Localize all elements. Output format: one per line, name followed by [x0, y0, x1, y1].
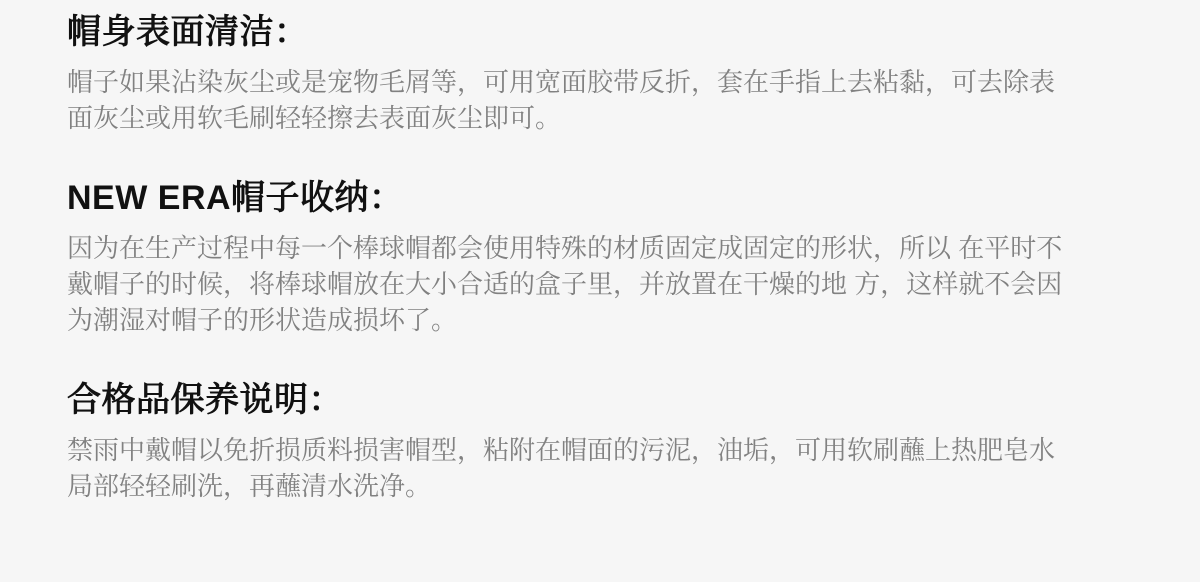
section-body-text: 因为在生产过程中每一个棒球帽都会使用特殊的材质固定成固定的形状，所以 在平时不 …	[67, 230, 1130, 338]
section-maintenance-notes: 合格品保养说明： 禁雨中戴帽以免折损质料损害帽型，粘附在帽面的污泥，油垢，可用软…	[67, 378, 1130, 504]
care-instructions-page: 帽身表面清洁： 帽子如果沾染灰尘或是宠物毛屑等，可用宽面胶带反折，套在手指上去粘…	[0, 0, 1200, 582]
section-heading: NEW ERA帽子收纳：	[67, 176, 1130, 220]
section-body-text: 禁雨中戴帽以免折损质料损害帽型，粘附在帽面的污泥，油垢，可用软刷蘸上热肥皂水 局…	[67, 432, 1130, 504]
section-body-text: 帽子如果沾染灰尘或是宠物毛屑等，可用宽面胶带反折，套在手指上去粘黏，可去除表 面…	[67, 64, 1130, 136]
section-surface-cleaning: 帽身表面清洁： 帽子如果沾染灰尘或是宠物毛屑等，可用宽面胶带反折，套在手指上去粘…	[67, 10, 1130, 136]
section-hat-storage: NEW ERA帽子收纳： 因为在生产过程中每一个棒球帽都会使用特殊的材质固定成固…	[67, 176, 1130, 338]
section-heading: 合格品保养说明：	[67, 378, 1130, 422]
section-heading: 帽身表面清洁：	[67, 10, 1130, 54]
